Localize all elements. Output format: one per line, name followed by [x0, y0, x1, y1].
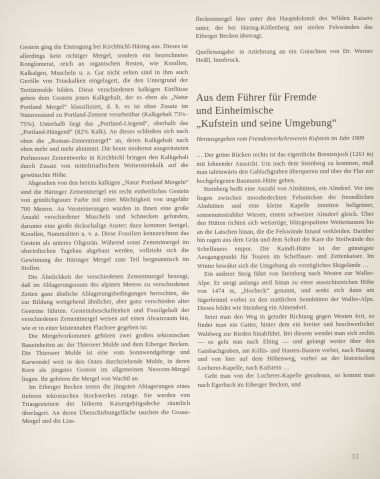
left-text-column: Gestein ging die Eintragung bei Kirchbic…	[20, 43, 190, 427]
paragraph: Gestein ging die Eintragung bei Kirchbic…	[20, 43, 189, 180]
page-content: Gestein ging die Eintragung bei Kirchbic…	[0, 0, 380, 479]
paragraph: Die Ähnlichkeit der verschiedenen Zement…	[21, 273, 189, 334]
page-number: 33	[351, 453, 359, 461]
source-note: Quellenangabe: in Anlehnung an ein Gutac…	[196, 47, 373, 65]
paragraph: Ein anderer Steig führt von Steinberg na…	[197, 270, 374, 314]
paragraph: … Der grüne Rücken rechts ist das eigent…	[196, 151, 373, 186]
paragraph: Im Eiberger Becken treten die jüngsten A…	[22, 383, 190, 427]
article-heading-line: Aus dem Führer für Fremde	[196, 90, 373, 104]
article-body: … Der grüne Rücken rechts ist das eigent…	[196, 151, 374, 390]
article-subtitle: Herausgegeben vom Fremdenverkehrsverein …	[196, 134, 373, 144]
scanned-book-page: Gestein ging die Eintragung bei Kirchbic…	[0, 0, 380, 479]
article-heading-line: und Einheimische	[196, 103, 373, 117]
continuation-paragraph: fleckenmergel hier unter den Hauptdolomi…	[196, 15, 373, 42]
paragraph: Setzt man den Weg in gerader Richtung ge…	[197, 313, 374, 374]
article-heading: Aus dem Führer für Fremde und Einheimisc…	[196, 90, 373, 130]
right-text-column: fleckenmergel hier unter den Hauptdolomi…	[196, 15, 375, 390]
article-heading-line: „Kufstein und seine Umgebung“	[196, 116, 373, 130]
paragraph: Abgesehen von den bereits kalkigen „Natu…	[21, 179, 190, 274]
paragraph: Steinberg heißt eine Anzahl von Almhütte…	[197, 185, 375, 271]
paragraph: Geht man von der Locherer-Kapelle gerade…	[198, 372, 375, 390]
paragraph: Die Mergelvorkommen gehören zwei großen …	[22, 332, 190, 384]
